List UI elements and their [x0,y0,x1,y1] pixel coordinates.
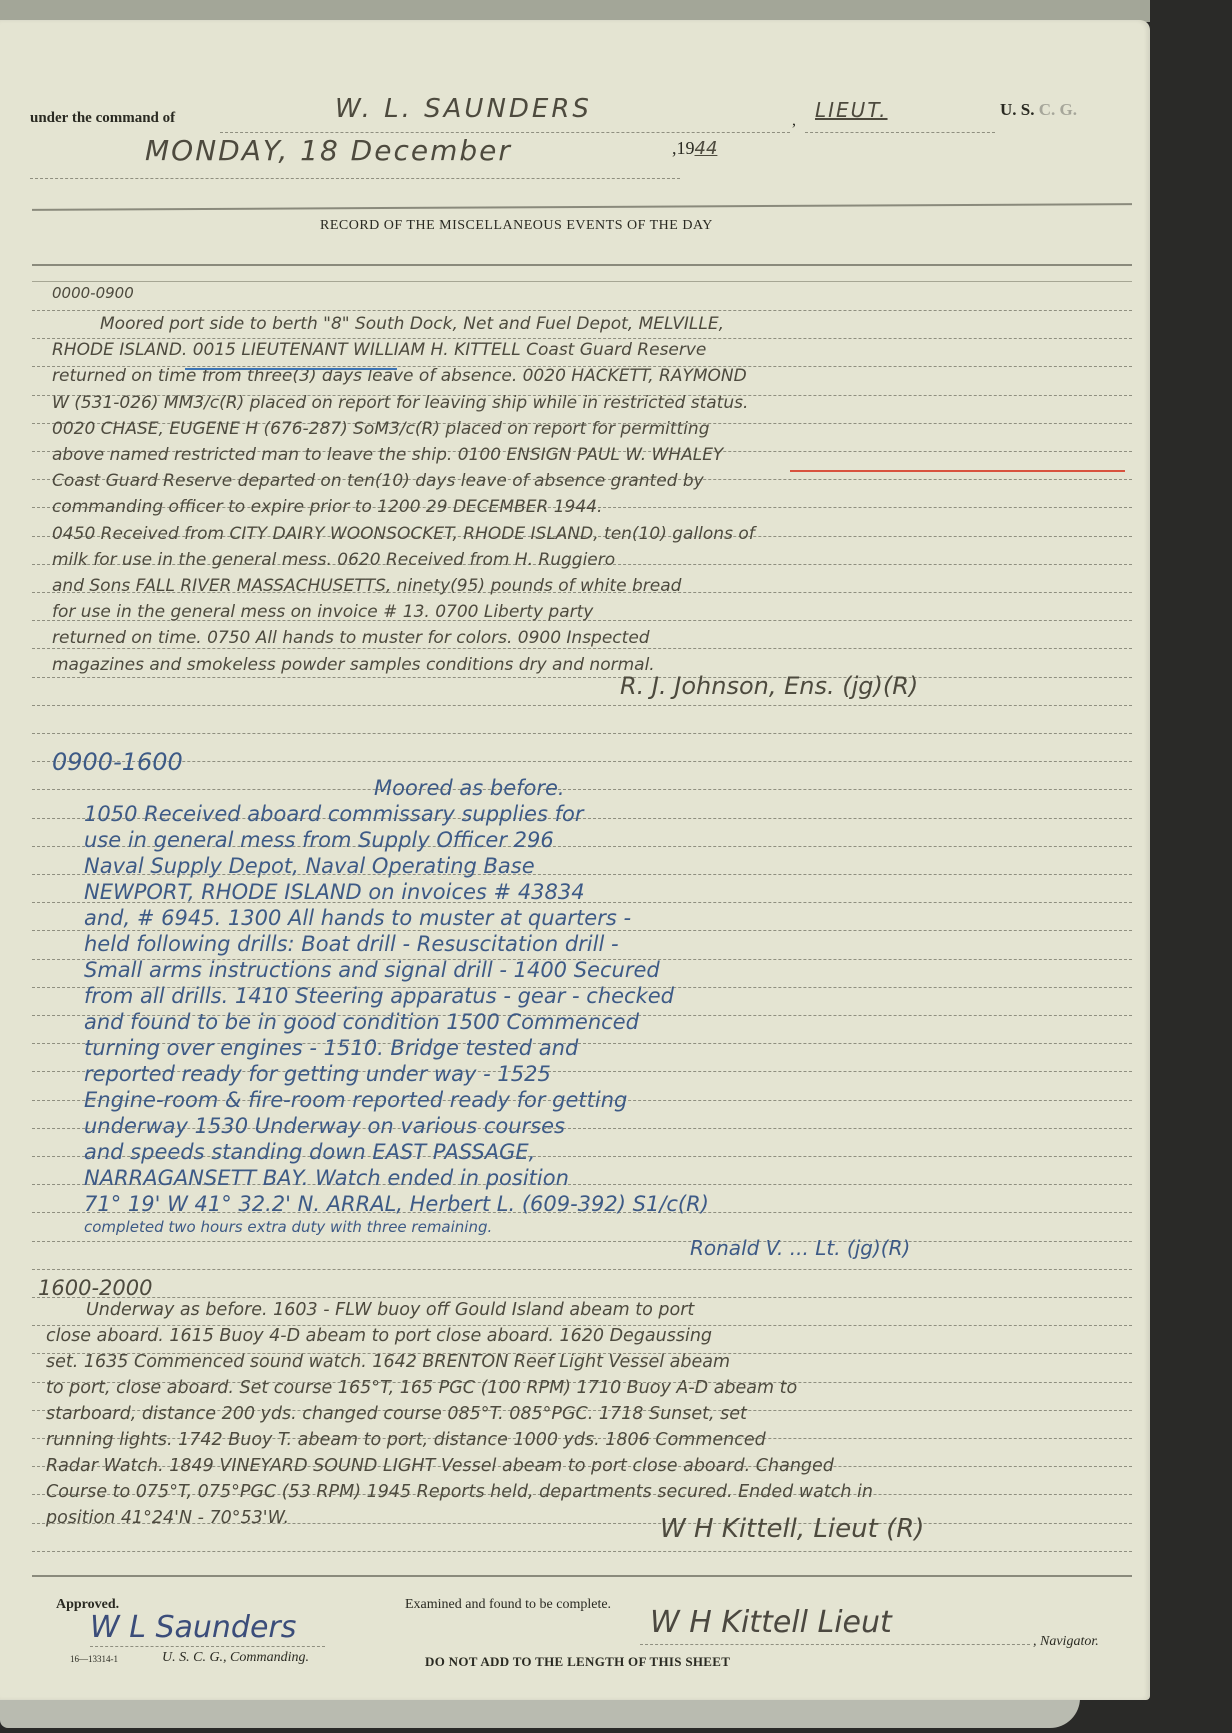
log-entry-line: Engine-room & fire-room reported ready f… [84,1088,627,1112]
navigator-signature: W H Kittell Lieut [650,1605,892,1640]
ruled-line [32,705,1132,706]
watch-officer-signature: W H Kittell, Lieut (R) [660,1514,924,1544]
log-entry-line: and Sons FALL RIVER MASSACHUSETTS, ninet… [52,576,681,596]
ruled-line [32,1297,1132,1298]
commander-name: W. L. SAUNDERS [335,94,592,124]
log-entry-line: Course to 075°T, 075°PGC (53 RPM) 1945 R… [46,1482,873,1502]
commanding-caption: U. S. C. G., Commanding. [162,1650,309,1666]
log-sheet: under the command of W. L. SAUNDERS , LI… [0,20,1150,1700]
command-label: under the command of [30,110,175,127]
log-entry-line: underway 1530 Underway on various course… [84,1114,565,1138]
log-entry-line: above named restricted man to leave the … [52,445,723,465]
log-entry-line: returned on time. 0750 All hands to must… [52,628,650,648]
dotted-line [805,132,995,133]
log-entry-line: running lights. 1742 Buoy T. abeam to po… [46,1430,766,1450]
log-entry-line: magazines and smokeless powder samples c… [52,655,655,675]
log-entry-line: position 41°24'N - 70°53'W. [46,1508,289,1528]
dotted-line [220,132,790,133]
log-entry-line: Coast Guard Reserve departed on ten(10) … [52,471,704,491]
ruled-line [32,648,1132,649]
dotted-line [90,1646,325,1647]
log-entry-line: W (531-026) MM3/c(R) placed on report fo… [52,393,748,413]
log-entry-line: Naval Supply Depot, Naval Operating Base [84,854,535,878]
log-entry-line: starboard, distance 200 yds. changed cou… [46,1404,747,1424]
log-entry-line: and found to be in good condition 1500 C… [84,1010,639,1034]
log-entry-line: Underway as before. 1603 - FLW buoy off … [86,1300,694,1320]
red-underline [790,470,1125,472]
ruled-line [32,677,1132,678]
watch-officer-signature: R. J. Johnson, Ens. (jg)(R) [620,672,918,700]
log-entry-line: for use in the general mess on invoice #… [52,602,593,622]
log-entry-line: held following drills: Boat drill - Resu… [84,932,619,956]
log-entry-line: commanding officer to expire prior to 12… [52,497,602,517]
dotted-line [30,178,680,179]
log-entry-line: Moored port side to berth "8" South Dock… [100,314,724,334]
ruled-line [32,1241,1132,1242]
log-entry-line: and speeds standing down EAST PASSAGE, [84,1140,535,1164]
section-rule [32,281,1132,282]
footer-rule [32,1575,1132,1577]
comma: , [792,112,796,130]
section-rule [32,264,1132,266]
service-label: U. S. C. G. [1000,100,1077,120]
log-entry-line: reported ready for getting under way - 1… [84,1062,551,1086]
do-not-add-notice: DO NOT ADD TO THE LENGTH OF THIS SHEET [425,1654,730,1670]
log-entry-line: 1050 Received aboard commissary supplies… [84,802,583,826]
record-title: RECORD OF THE MISCELLANEOUS EVENTS OF TH… [320,218,713,234]
watch-label: 0900-1600 [52,748,183,776]
log-entry-line: 71° 19' W 41° 32.2' N. ARRAL, Herbert L.… [84,1192,709,1216]
log-entry-line: set. 1635 Commenced sound watch. 1642 BR… [46,1352,730,1372]
log-date: MONDAY, 18 December [145,134,512,167]
examined-label: Examined and found to be complete. [405,1597,611,1613]
log-entry-line: returned on time from three(3) days leav… [52,366,747,386]
form-number: 16—13314-1 [70,1654,118,1664]
log-entry-line: and, # 6945. 1300 All hands to muster at… [84,906,631,930]
log-entry-line: 0020 CHASE, EUGENE H (676-287) SoM3/c(R)… [52,419,710,439]
ruled-line [32,1551,1132,1552]
log-entry-line: NEWPORT, RHODE ISLAND on invoices # 4383… [84,880,585,904]
ruled-line [32,310,1132,311]
ruled-line [32,338,1132,339]
log-entry-line: from all drills. 1410 Steering apparatus… [84,984,674,1008]
log-entry-line: completed two hours extra duty with thre… [84,1218,492,1236]
blue-underline [185,368,397,370]
log-entry-line: Radar Watch. 1849 VINEYARD SOUND LIGHT V… [46,1456,834,1476]
commander-rank: LIEUT. [815,98,888,122]
log-entry-line: Moored as before. [374,776,565,800]
ruled-line [32,789,1132,790]
log-entry-line: Small arms instructions and signal drill… [84,958,660,982]
commanding-signature: W L Saunders [90,1610,296,1645]
ruled-line [32,1269,1132,1270]
log-entry-line: turning over engines - 1510. Bridge test… [84,1036,578,1060]
log-entry-line: to port, close aboard. Set course 165°T,… [46,1378,797,1398]
header-rule [32,203,1132,211]
book-edge-top [0,0,1150,22]
watch-officer-signature: Ronald V. ... Lt. (jg)(R) [690,1236,910,1260]
log-entry-line: 0450 Received from CITY DAIRY WOONSOCKET… [52,524,755,544]
log-entry-line: use in general mess from Supply Officer … [84,828,554,852]
ruled-line [32,733,1132,734]
log-entry-line: milk for use in the general mess. 0620 R… [52,550,615,570]
dotted-line [640,1644,1030,1645]
log-entry-line: NARRAGANSETT BAY. Watch ended in positio… [84,1166,569,1190]
log-entry-line: close aboard. 1615 Buoy 4-D abeam to por… [46,1326,712,1346]
watch-label: 0000-0900 [52,284,134,302]
log-year: ,1944 [672,138,717,159]
navigator-caption: , Navigator. [1033,1634,1099,1650]
log-entry-line: RHODE ISLAND. 0015 LIEUTENANT WILLIAM H.… [52,340,706,360]
watch-label: 1600-2000 [38,1276,152,1300]
ruled-line [32,761,1132,762]
